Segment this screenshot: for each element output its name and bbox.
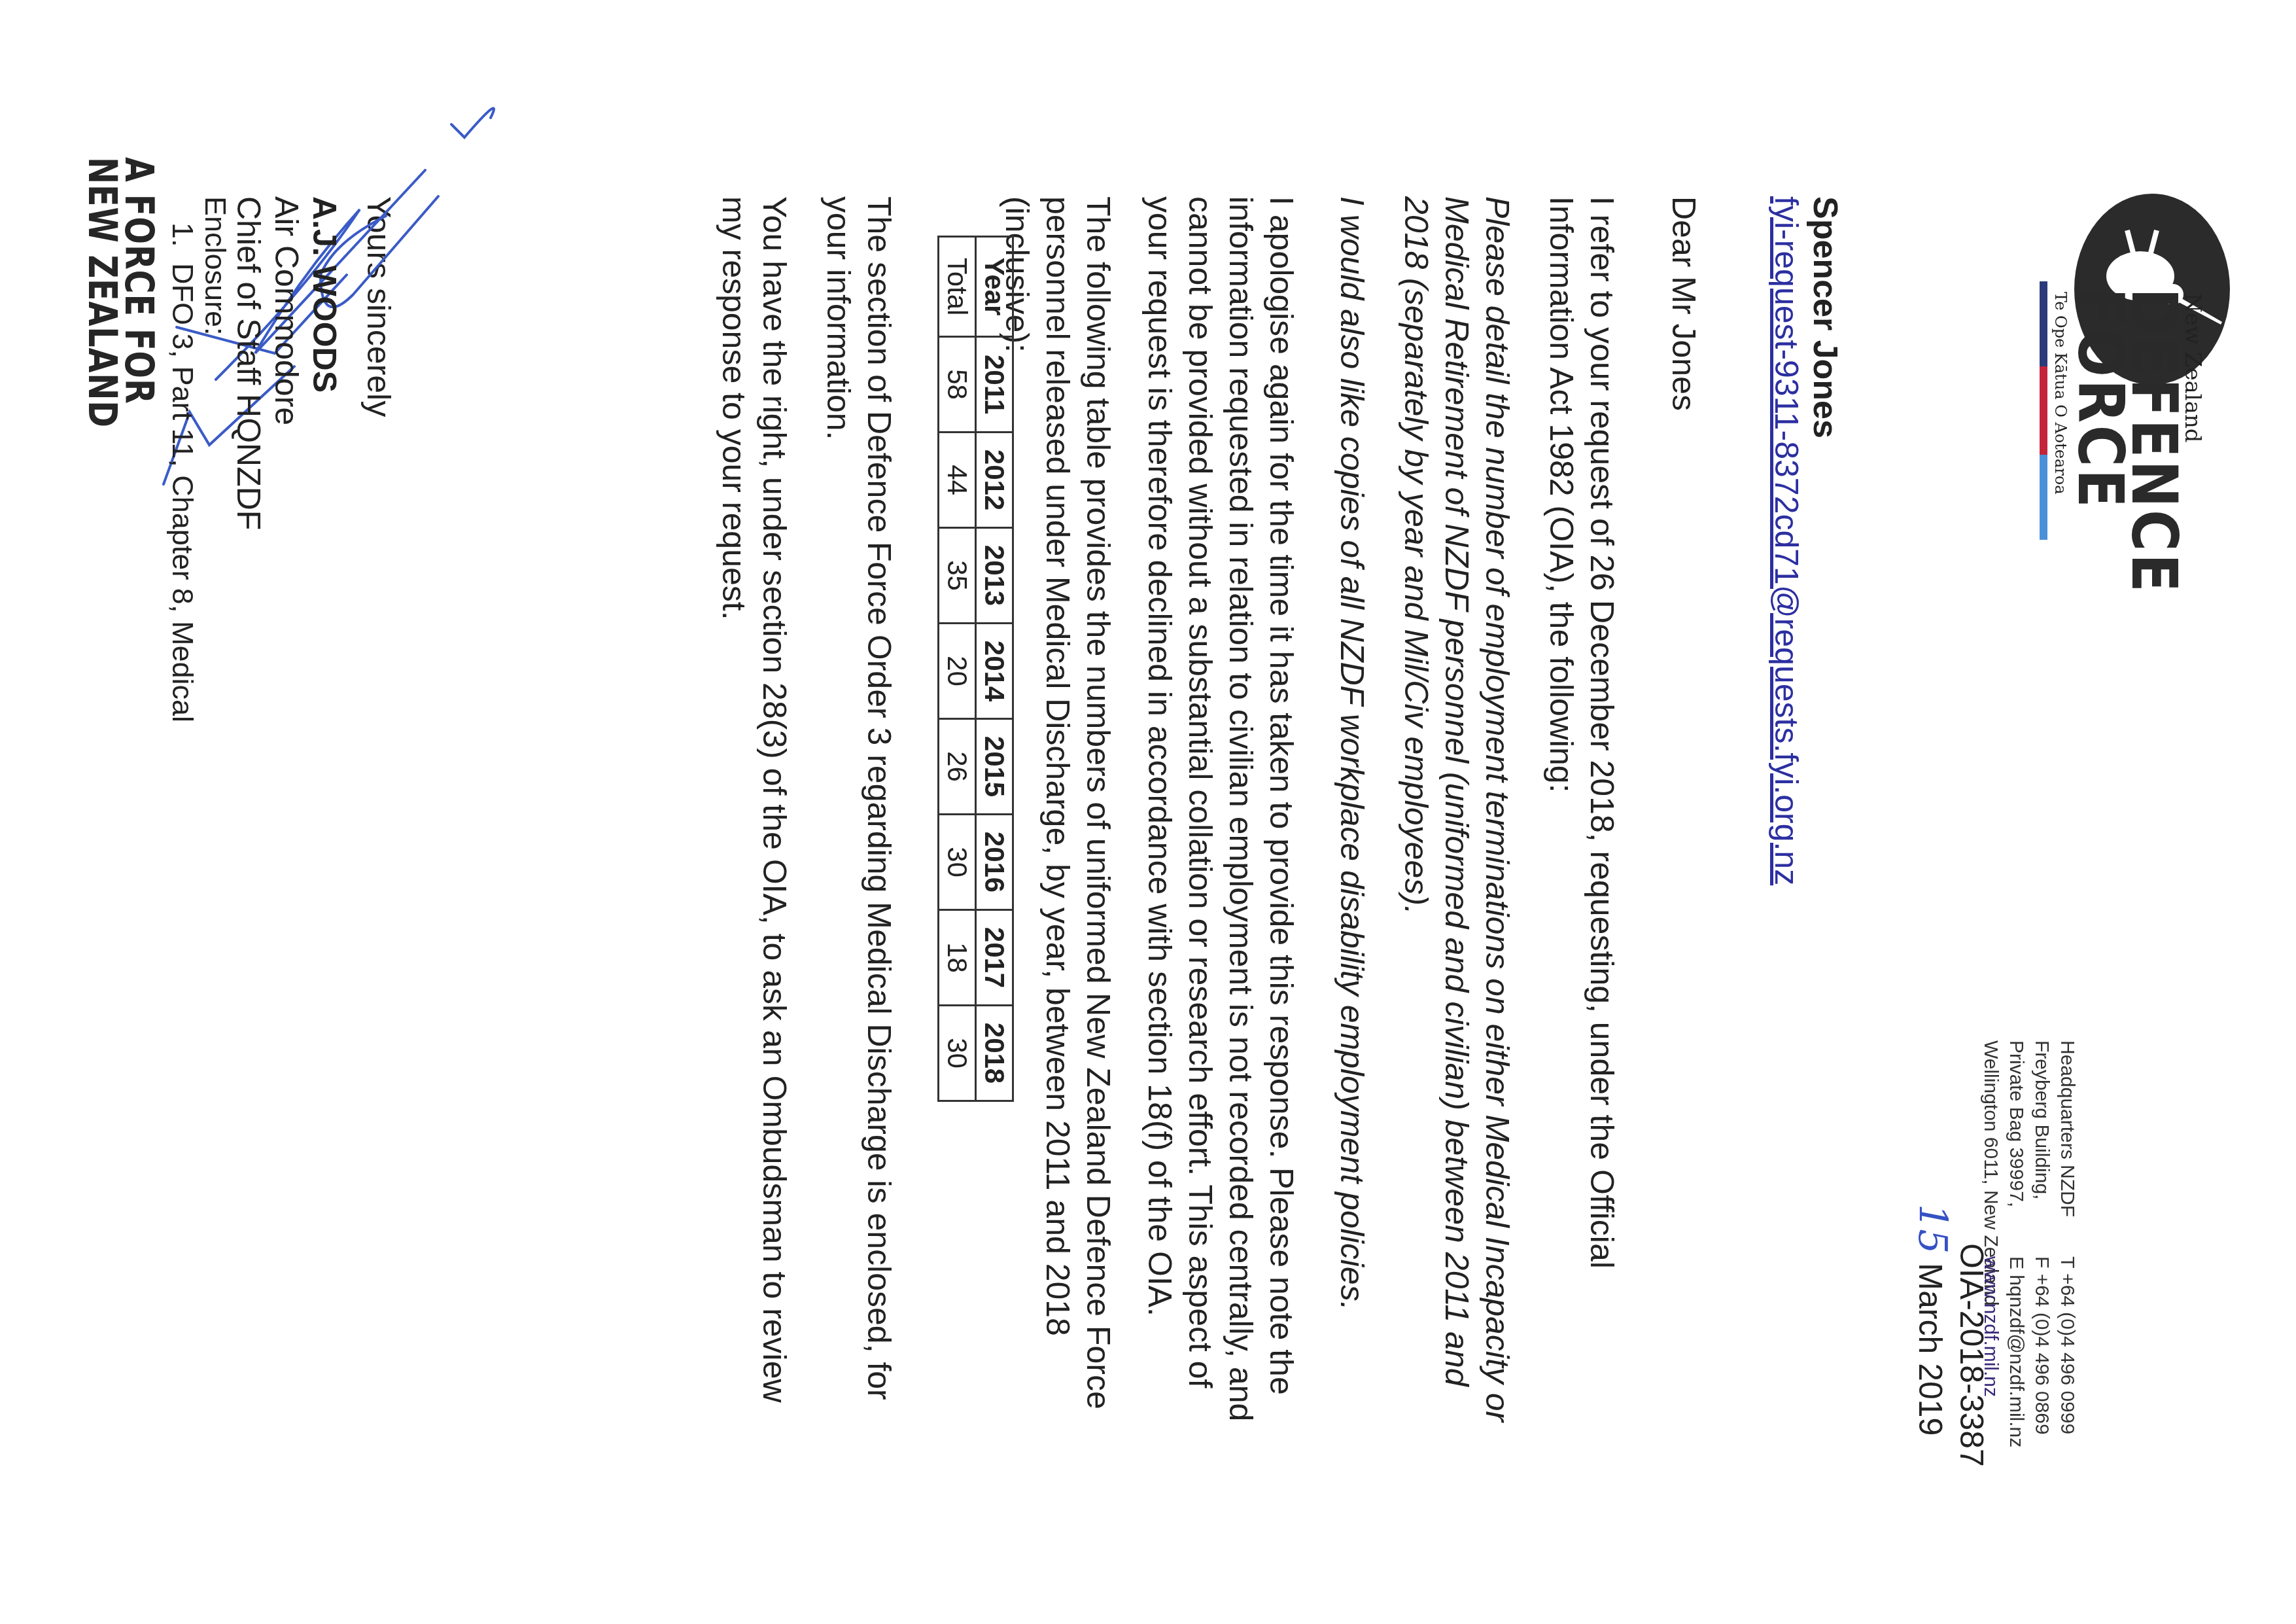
letter-date: 15March 2019 <box>1910 1204 1953 1436</box>
table-header-row: Year20112012201320142015201620172018 <box>976 237 1013 1101</box>
table-header-cell: Year <box>976 237 1013 337</box>
recipient-name: Spencer Jones <box>1805 196 1845 438</box>
table-row-label: Total <box>939 237 976 337</box>
brand-bar-navy <box>2040 281 2047 366</box>
quoted-request-2: I would also like copies of all NZDF wor… <box>1332 196 1372 1426</box>
medical-discharge-table: Year20112012201320142015201620172018Tota… <box>937 236 1014 1102</box>
letter-page: New Zealand DEFENCE FORCE Te Ope Kātua O… <box>0 0 2296 1624</box>
brand-bar-red <box>2040 366 2047 454</box>
fax-number: F +64 (0)4 496 0869 <box>2029 1256 2055 1447</box>
brand-color-bar <box>2040 281 2047 540</box>
table-total-cell: 58 <box>939 337 976 432</box>
table-total-cell: 44 <box>939 432 976 528</box>
quoted-request-1: Please detail the number of employment t… <box>1396 196 1518 1426</box>
enclosure-item: 1.DFO 3, Part 11, Chapter 8, Medical <box>165 222 200 722</box>
paragraph-apology: I apologise again for the time it has ta… <box>1139 196 1302 1426</box>
table-total-cell: 35 <box>939 528 976 624</box>
signatory-rank: Air Commodore <box>268 196 305 425</box>
table-total-cell: 30 <box>939 1006 976 1101</box>
table-total-cell: 18 <box>939 910 976 1006</box>
table-total-cell: 30 <box>939 815 976 910</box>
table-year-cell: 2016 <box>976 815 1013 910</box>
table-year-cell: 2014 <box>976 624 1013 719</box>
org-wordmark: New Zealand DEFENCE FORCE Te Ope Kātua O… <box>2051 288 2204 629</box>
table-row: Total5844352026301830 <box>939 237 976 1101</box>
table-year-cell: 2011 <box>976 337 1013 432</box>
brand-bar-sky <box>2040 455 2047 540</box>
paragraph-request-intro: I refer to your request of 26 December 2… <box>1541 196 1622 1426</box>
org-name-line2: FORCE <box>2074 288 2127 595</box>
handwritten-day: 15 <box>1909 1204 1955 1254</box>
contact-email: E hqnzdf@nzdf.mil.nz <box>2004 1256 2029 1447</box>
recipient-email-link[interactable]: fyi-request-9311-8372cd71@requests.fyi.o… <box>1767 196 1805 885</box>
enclosure-label: Enclosure: <box>198 196 232 336</box>
table-year-cell: 2015 <box>976 719 1013 815</box>
table-total-cell: 20 <box>939 624 976 719</box>
signatory-title: Chief of Staff HQNZDF <box>230 196 268 530</box>
paragraph-enclosure-note: The section of Defence Force Order 3 reg… <box>818 196 899 1426</box>
reference-number: OIA-2018-3387 <box>1951 1243 1992 1467</box>
contact-block: T +64 (0)4 496 0999 F +64 (0)4 496 0869 … <box>1978 1256 2080 1447</box>
phone-number: T +64 (0)4 496 0999 <box>2055 1256 2080 1447</box>
signatory-name: A.J. WOODS <box>305 196 343 393</box>
table-year-cell: 2012 <box>976 432 1013 528</box>
date-month-year: March 2019 <box>1912 1263 1949 1436</box>
table-year-cell: 2017 <box>976 910 1013 1006</box>
table-year-cell: 2013 <box>976 528 1013 624</box>
table-year-cell: 2018 <box>976 1006 1013 1101</box>
table-total-cell: 26 <box>939 719 976 815</box>
paragraph-table-intro: The following table provides the numbers… <box>997 196 1119 1426</box>
enclosure-item-number: 1. <box>165 222 200 263</box>
footer-slogan-line2: NEW ZEALAND <box>84 157 120 428</box>
footer-slogan: A FORCE FOR NEW ZEALAND <box>84 157 157 428</box>
salutation: Dear Mr Jones <box>1663 196 1704 411</box>
footer-slogan-line1: A FORCE FOR <box>120 157 157 428</box>
enclosure-item-text: DFO 3, Part 11, Chapter 8, Medical <box>166 263 200 722</box>
paragraph-ombudsman: You have the right, under section 28(3) … <box>714 196 795 1426</box>
